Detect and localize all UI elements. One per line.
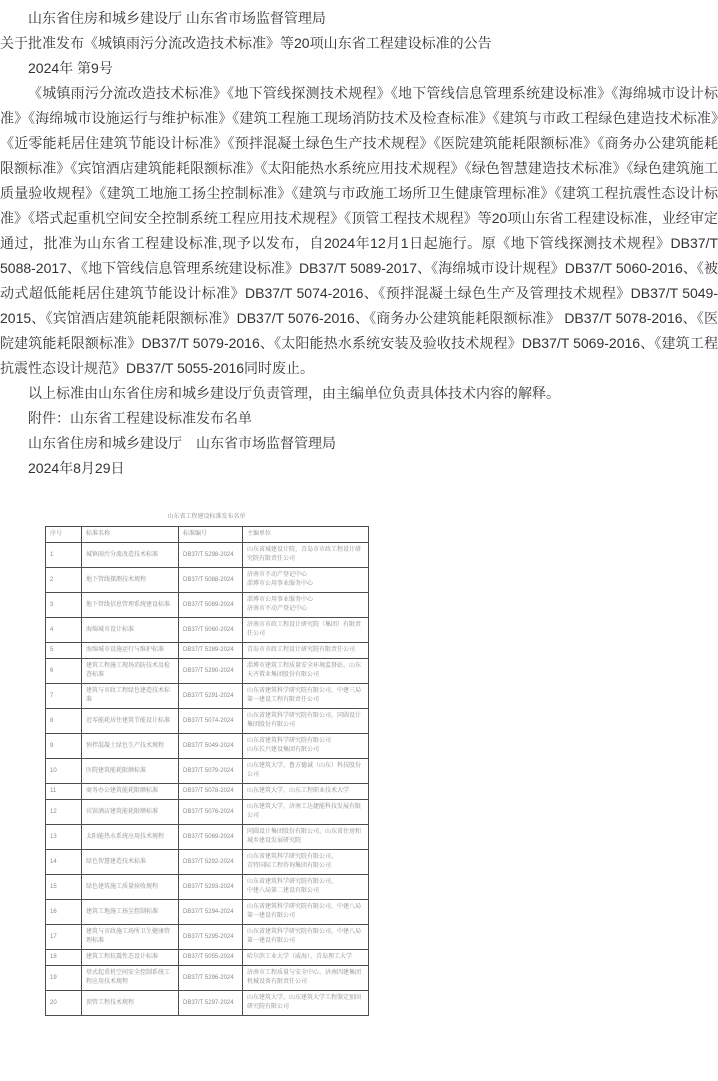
standard-name: 建筑与市政施工场所卫生健康管理标准 bbox=[82, 925, 179, 950]
standard-code: DB37/T 5074-2024 bbox=[179, 709, 243, 734]
standard-code: DB37/T 5293-2024 bbox=[179, 875, 243, 900]
chief-editor-unit: 哈尔滨工业大学（威海）、青岛理工大学 bbox=[243, 950, 369, 966]
row-number: 6 bbox=[46, 659, 82, 684]
row-number: 14 bbox=[46, 850, 82, 875]
chief-editor-unit: 淄博市建筑工程质量安全环境监督站、山东天齐置业集团股份有限公司 bbox=[243, 659, 369, 684]
standard-code: DB37/T 5291-2024 bbox=[179, 684, 243, 709]
row-number: 15 bbox=[46, 875, 82, 900]
table-row: 5海绵城市设施运行与维护标准DB37/T 5289-2024青岛市市政工程设计研… bbox=[46, 643, 369, 659]
chief-editor-unit: 山东省建筑科学研究院有限公司 山东长兴建设集团有限公司 bbox=[243, 734, 369, 759]
row-number: 13 bbox=[46, 825, 82, 850]
table-row: 1城镇雨污分流改造技术标准DB37/T 5298-2024山东省城建设计院、青岛… bbox=[46, 543, 369, 568]
table-row: 12宾馆酒店建筑能耗限额标准DB37/T 5076-2024山东建筑大学、济南工… bbox=[46, 800, 369, 825]
document-number: 2024年 第9号 bbox=[0, 56, 718, 81]
standard-name: 宾馆酒店建筑能耗限额标准 bbox=[82, 800, 179, 825]
announcement-document: 山东省住房和城乡建设厅 山东省市场监督管理局 关于批准发布《城镇雨污分流改造技术… bbox=[0, 0, 718, 1016]
standard-name: 医院建筑能耗限额标准 bbox=[82, 759, 179, 784]
standard-code: DB37/T 5089-2024 bbox=[179, 593, 243, 618]
standard-code: DB37/T 5298-2024 bbox=[179, 543, 243, 568]
chief-editor-unit: 同圆设计集团股份有限公司、山东省住房和城乡建设发展研究院 bbox=[243, 825, 369, 850]
standard-name: 地下管线探测技术规程 bbox=[82, 568, 179, 593]
standard-name: 城镇雨污分流改造技术标准 bbox=[82, 543, 179, 568]
table-title: 山东省工程建设标准发布名单 bbox=[45, 513, 368, 522]
chief-editor-unit: 山东省建筑科学研究院有限公司、 中建八局第二建设有限公司 bbox=[243, 875, 369, 900]
body-paragraph: 《城镇雨污分流改造技术标准》《地下管线探测技术规程》《地下管线信息管理系统建设标… bbox=[0, 81, 718, 381]
standard-code: DB37/T 5297-2024 bbox=[179, 991, 243, 1016]
standards-table: 序号 标准名称 标准编号 主编单位 1城镇雨污分流改造技术标准DB37/T 52… bbox=[45, 526, 369, 1016]
table-row: 20顶管工程技术规程DB37/T 5297-2024山东建筑大学、山东建筑大学工… bbox=[46, 991, 369, 1016]
table-row: 7建筑与市政工程绿色建造技术标准DB37/T 5291-2024山东省建筑科学研… bbox=[46, 684, 369, 709]
table-row: 19塔式起重机空间安全控制系统工程应用技术规程DB37/T 5296-2024济… bbox=[46, 966, 369, 991]
standard-name: 建筑与市政工程绿色建造技术标准 bbox=[82, 684, 179, 709]
chief-editor-unit: 山东建筑大学、山东建筑大学工程鉴定加固研究院有限公司 bbox=[243, 991, 369, 1016]
standard-name: 绿色建筑施工质量验收规程 bbox=[82, 875, 179, 900]
standard-code: DB37/T 5079-2024 bbox=[179, 759, 243, 784]
standard-code: DB37/T 5076-2024 bbox=[179, 800, 243, 825]
row-number: 10 bbox=[46, 759, 82, 784]
standard-code: DB37/T 5049-2024 bbox=[179, 734, 243, 759]
table-row: 14绿色智慧建造技术标准DB37/T 5292-2024山东省建筑科学研究院有限… bbox=[46, 850, 369, 875]
table-row: 13太阳能热水系统应用技术规程DB37/T 5069-2024同圆设计集团股份有… bbox=[46, 825, 369, 850]
standard-code: DB37/T 5060-2024 bbox=[179, 618, 243, 643]
chief-editor-unit: 山东省建筑科学研究院有限公司、中建三局第一建设工程有限责任公司 bbox=[243, 684, 369, 709]
table-row: 9预拌混凝土绿色生产技术规程DB37/T 5049-2024山东省建筑科学研究院… bbox=[46, 734, 369, 759]
chief-editor-unit: 山东省建筑科学研究院有限公司、同圆设计集团股份有限公司 bbox=[243, 709, 369, 734]
table-row: 18建筑工程抗震性态设计标准DB37/T 5055-2024哈尔滨工业大学（威海… bbox=[46, 950, 369, 966]
standards-table-body: 1城镇雨污分流改造技术标准DB37/T 5298-2024山东省城建设计院、青岛… bbox=[46, 543, 369, 1016]
standard-name: 建筑工程施工现场消防技术及检查标准 bbox=[82, 659, 179, 684]
row-number: 8 bbox=[46, 709, 82, 734]
chief-editor-unit: 青岛市市政工程设计研究院有限责任公司 bbox=[243, 643, 369, 659]
table-row: 2地下管线探测技术规程DB37/T 5088-2024济南市不动产登记中心 淄博… bbox=[46, 568, 369, 593]
standard-code: DB37/T 5292-2024 bbox=[179, 850, 243, 875]
header-标准编号: 标准编号 bbox=[179, 527, 243, 543]
chief-editor-unit: 山东建筑大学、济南工达捷能科技发展有限公司 bbox=[243, 800, 369, 825]
chief-editor-unit: 山东建筑大学、山东工程职业技术大学 bbox=[243, 784, 369, 800]
table-row: 11商务办公建筑能耗限额标准DB37/T 5078-2024山东建筑大学、山东工… bbox=[46, 784, 369, 800]
row-number: 7 bbox=[46, 684, 82, 709]
table-row: 8近零能耗居住建筑节能设计标准DB37/T 5074-2024山东省建筑科学研究… bbox=[46, 709, 369, 734]
chief-editor-unit: 济南市工程质量与安全中心、济南四建集团机械设备有限责任公司 bbox=[243, 966, 369, 991]
standard-code: DB37/T 5078-2024 bbox=[179, 784, 243, 800]
standard-code: DB37/T 5289-2024 bbox=[179, 643, 243, 659]
row-number: 19 bbox=[46, 966, 82, 991]
standard-name: 商务办公建筑能耗限额标准 bbox=[82, 784, 179, 800]
row-number: 5 bbox=[46, 643, 82, 659]
attachment-line: 附件：山东省工程建设标准发布名单 bbox=[0, 406, 718, 431]
standard-name: 绿色智慧建造技术标准 bbox=[82, 850, 179, 875]
row-number: 11 bbox=[46, 784, 82, 800]
header-标准名称: 标准名称 bbox=[82, 527, 179, 543]
row-number: 17 bbox=[46, 925, 82, 950]
standard-code: DB37/T 5294-2024 bbox=[179, 900, 243, 925]
chief-editor-unit: 山东省建筑科学研究院有限公司、中建八局第一建设有限公司 bbox=[243, 925, 369, 950]
announcement-title: 关于批准发布《城镇雨污分流改造技术标准》等20项山东省工程建设标准的公告 bbox=[0, 31, 718, 56]
standard-name: 预拌混凝土绿色生产技术规程 bbox=[82, 734, 179, 759]
chief-editor-unit: 山东省建筑科学研究院有限公司、中建八局第一建设有限公司 bbox=[243, 900, 369, 925]
standard-name: 太阳能热水系统应用技术规程 bbox=[82, 825, 179, 850]
standard-code: DB37/T 5295-2024 bbox=[179, 925, 243, 950]
standard-name: 海绵城市设计标准 bbox=[82, 618, 179, 643]
standard-name: 塔式起重机空间安全控制系统工程应用技术规程 bbox=[82, 966, 179, 991]
signature-date-line: 2024年8月29日 bbox=[0, 456, 718, 481]
chief-editor-unit: 山东省建筑科学研究院有限公司、 青特国际工程咨询集团有限公司 bbox=[243, 850, 369, 875]
standard-name: 地下管线信息管理系统建设标准 bbox=[82, 593, 179, 618]
table-row: 6建筑工程施工现场消防技术及检查标准DB37/T 5290-2024淄博市建筑工… bbox=[46, 659, 369, 684]
table-row: 3地下管线信息管理系统建设标准DB37/T 5089-2024淄博市公用事业服务… bbox=[46, 593, 369, 618]
chief-editor-unit: 济南市市政工程设计研究院（集团）有限责任公司 bbox=[243, 618, 369, 643]
row-number: 16 bbox=[46, 900, 82, 925]
standard-name: 建筑工地施工扬尘控制标准 bbox=[82, 900, 179, 925]
table-header-row: 序号 标准名称 标准编号 主编单位 bbox=[46, 527, 369, 543]
row-number: 18 bbox=[46, 950, 82, 966]
table-row: 10医院建筑能耗限额标准DB37/T 5079-2024山东建筑大学、鲁方德诚（… bbox=[46, 759, 369, 784]
standard-name: 顶管工程技术规程 bbox=[82, 991, 179, 1016]
standard-code: DB37/T 5296-2024 bbox=[179, 966, 243, 991]
standard-code: DB37/T 5088-2024 bbox=[179, 568, 243, 593]
table-row: 4海绵城市设计标准DB37/T 5060-2024济南市市政工程设计研究院（集团… bbox=[46, 618, 369, 643]
chief-editor-unit: 济南市不动产登记中心 淄博市公用事业服务中心 bbox=[243, 568, 369, 593]
table-row: 17建筑与市政施工场所卫生健康管理标准DB37/T 5295-2024山东省建筑… bbox=[46, 925, 369, 950]
row-number: 1 bbox=[46, 543, 82, 568]
standard-name: 近零能耗居住建筑节能设计标准 bbox=[82, 709, 179, 734]
management-paragraph: 以上标准由山东省住房和城乡建设厅负责管理，由主编单位负责具体技术内容的解释。 bbox=[0, 381, 718, 406]
row-number: 2 bbox=[46, 568, 82, 593]
row-number: 9 bbox=[46, 734, 82, 759]
row-number: 4 bbox=[46, 618, 82, 643]
standard-code: DB37/T 5055-2024 bbox=[179, 950, 243, 966]
row-number: 20 bbox=[46, 991, 82, 1016]
table-row: 16建筑工地施工扬尘控制标准DB37/T 5294-2024山东省建筑科学研究院… bbox=[46, 900, 369, 925]
attachment-table-section: 山东省工程建设标准发布名单 序号 标准名称 标准编号 主编单位 1城镇雨污分流改… bbox=[45, 513, 368, 1016]
standard-code: DB37/T 5290-2024 bbox=[179, 659, 243, 684]
chief-editor-unit: 山东省城建设计院、青岛市市政工程设计研究院有限责任公司 bbox=[243, 543, 369, 568]
row-number: 3 bbox=[46, 593, 82, 618]
header-主编单位: 主编单位 bbox=[243, 527, 369, 543]
standard-name: 建筑工程抗震性态设计标准 bbox=[82, 950, 179, 966]
row-number: 12 bbox=[46, 800, 82, 825]
table-row: 15绿色建筑施工质量验收规程DB37/T 5293-2024山东省建筑科学研究院… bbox=[46, 875, 369, 900]
standard-code: DB37/T 5069-2024 bbox=[179, 825, 243, 850]
standard-name: 海绵城市设施运行与维护标准 bbox=[82, 643, 179, 659]
header-序号: 序号 bbox=[46, 527, 82, 543]
chief-editor-unit: 淄博市公用事业服务中心 济南市不动产登记中心 bbox=[243, 593, 369, 618]
chief-editor-unit: 山东建筑大学、鲁方德诚（山东）科技股份公司 bbox=[243, 759, 369, 784]
issuing-agencies-line: 山东省住房和城乡建设厅 山东省市场监督管理局 bbox=[0, 6, 718, 31]
signature-agencies-line: 山东省住房和城乡建设厅 山东省市场监督管理局 bbox=[0, 431, 718, 456]
